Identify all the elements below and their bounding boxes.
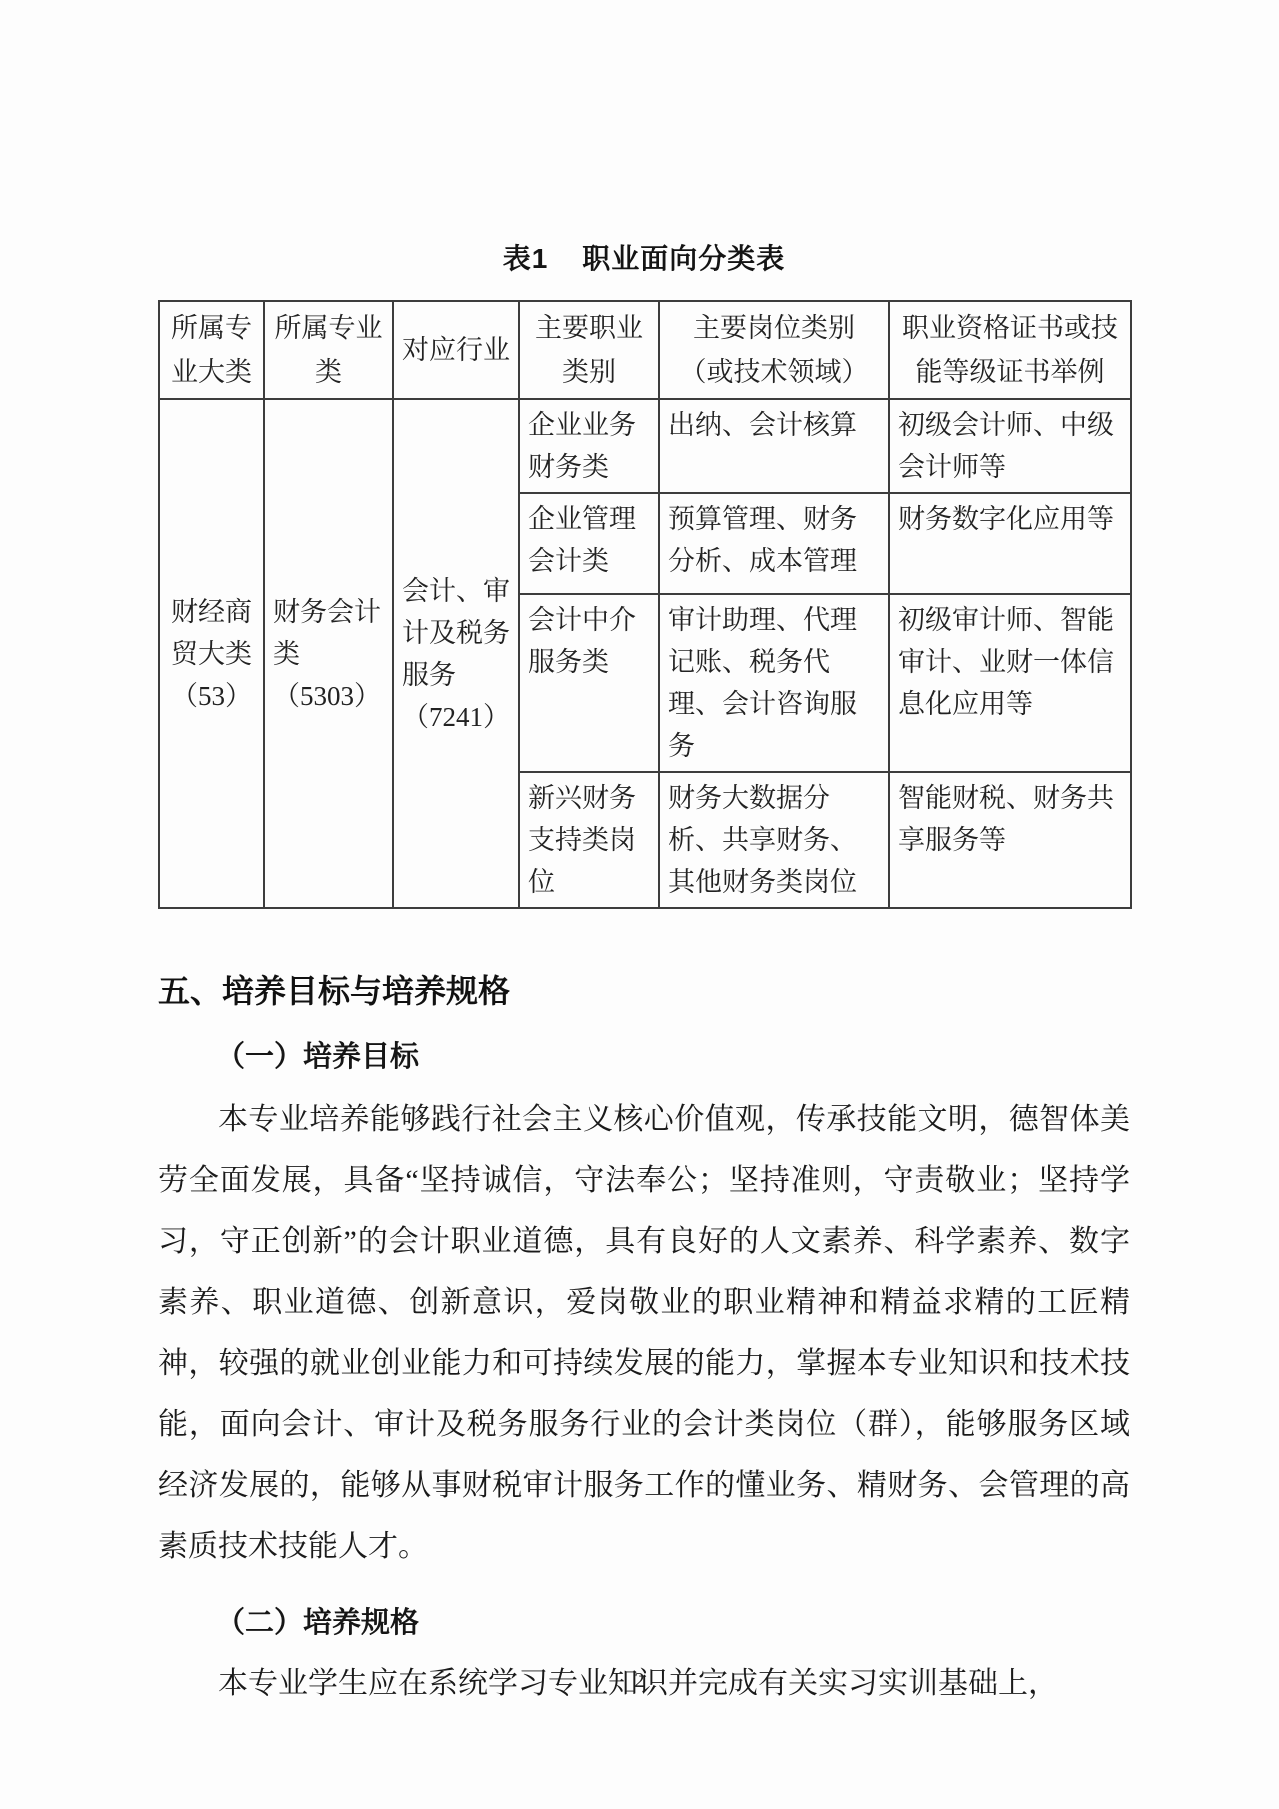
cell-certs: 财务数字化应用等 xyxy=(889,493,1131,594)
page-content: 表1职业面向分类表 所属专业大类 所属专业类 对应行业 主要职业类别 主要岗位类… xyxy=(158,0,1130,1714)
cell-major-category: 财经商贸大类（53） xyxy=(159,399,264,908)
page-number: 2 xyxy=(0,1668,1279,1693)
cell-certs: 智能财税、财务共享服务等 xyxy=(889,772,1131,908)
document-page: 表1职业面向分类表 所属专业大类 所属专业类 对应行业 主要职业类别 主要岗位类… xyxy=(0,0,1279,1809)
cell-positions: 财务大数据分析、共享财务、其他财务类岗位 xyxy=(659,772,889,908)
subsection-1-heading: （一）培养目标 xyxy=(158,1037,1130,1077)
cell-category: 财务会计类（5303） xyxy=(264,399,393,908)
header-job-class: 主要职业类别 xyxy=(519,301,659,399)
header-industry: 对应行业 xyxy=(393,301,519,399)
cell-job-class: 会计中介服务类 xyxy=(519,594,659,772)
table-title: 表1职业面向分类表 xyxy=(158,0,1130,277)
table-row: 财经商贸大类（53） 财务会计类（5303） 会计、审计及税务服务（7241） … xyxy=(159,399,1131,493)
header-certificates: 职业资格证书或技能等级证书举例 xyxy=(889,301,1131,399)
table-header-row: 所属专业大类 所属专业类 对应行业 主要职业类别 主要岗位类别（或技术领域） 职… xyxy=(159,301,1131,399)
cell-industry: 会计、审计及税务服务（7241） xyxy=(393,399,519,908)
table-title-text: 职业面向分类表 xyxy=(582,243,785,274)
header-category: 所属专业类 xyxy=(264,301,393,399)
table-number: 表1 xyxy=(503,243,549,274)
cell-certs: 初级会计师、中级会计师等 xyxy=(889,399,1131,493)
section-heading: 五、培养目标与培养规格 xyxy=(158,971,1130,1011)
cell-job-class: 新兴财务支持类岗位 xyxy=(519,772,659,908)
cell-certs: 初级审计师、智能审计、业财一体信息化应用等 xyxy=(889,594,1131,772)
cell-positions: 审计助理、代理记账、税务代理、会计咨询服务 xyxy=(659,594,889,772)
training-objectives-paragraph: 本专业培养能够践行社会主义核心价值观，传承技能文明，德智体美劳全面发展，具备“坚… xyxy=(158,1089,1130,1577)
cell-job-class: 企业业务财务类 xyxy=(519,399,659,493)
cell-positions: 预算管理、财务分析、成本管理 xyxy=(659,493,889,594)
header-position-types: 主要岗位类别（或技术领域） xyxy=(659,301,889,399)
occupation-orientation-table: 所属专业大类 所属专业类 对应行业 主要职业类别 主要岗位类别（或技术领域） 职… xyxy=(158,300,1132,909)
header-major-category: 所属专业大类 xyxy=(159,301,264,399)
subsection-2-heading: （二）培养规格 xyxy=(158,1603,1130,1643)
cell-job-class: 企业管理会计类 xyxy=(519,493,659,594)
cell-positions: 出纳、会计核算 xyxy=(659,399,889,493)
